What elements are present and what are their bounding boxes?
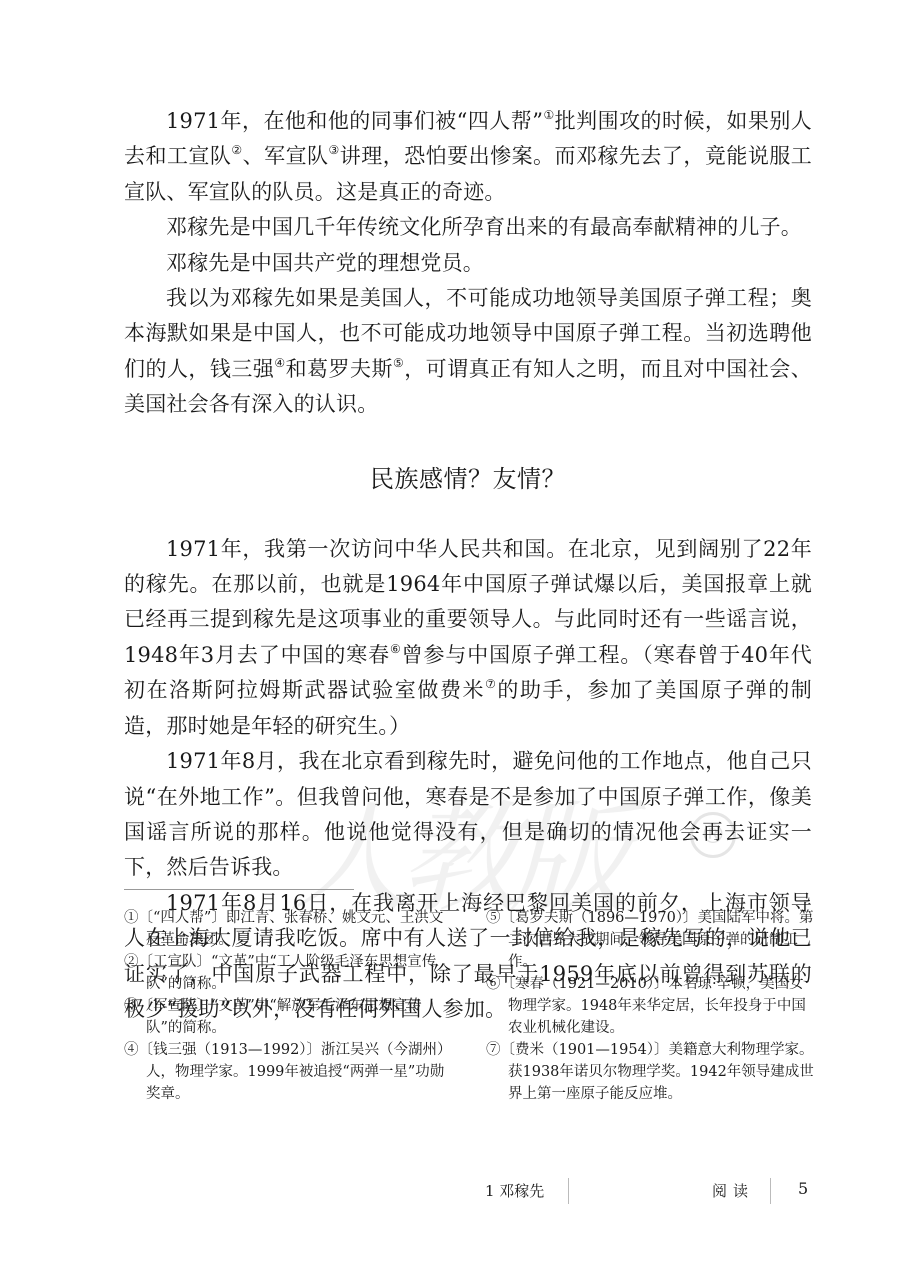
paragraph: 1971年，我第一次访问中华人民共和国。在北京，见到阔别了22年的稼先。在那以前… — [124, 532, 812, 744]
footnotes-right-column: ⑤〔葛罗夫斯（1896—1970）〕美国陆军中将。第二次世界大战期间，领导美国原… — [486, 907, 816, 1105]
paragraph: 我以为邓稼先如果是美国人，不可能成功地领导美国原子弹工程；奥本海默如果是中国人，… — [124, 281, 812, 423]
footnote: ⑦〔费米（1901—1954）〕美籍意大利物理学家。获1938年诺贝尔物理学奖。… — [486, 1039, 816, 1105]
chapter-label: 1 邓稼先 — [485, 1180, 544, 1201]
footnotes-left-column: ①〔“四人帮”〕即江青、张春桥、姚文元、王洪文反革命集团。 ②〔工宣队〕“文革”… — [124, 907, 454, 1105]
footer-separator — [568, 1178, 569, 1204]
paragraph: 邓稼先是中国几千年传统文化所孕育出来的有最高奉献精神的儿子。 — [124, 210, 812, 245]
footnote: ⑤〔葛罗夫斯（1896—1970）〕美国陆军中将。第二次世界大战期间，领导美国原… — [486, 907, 816, 973]
footnote-ref[interactable]: ① — [543, 108, 555, 122]
paragraph: 邓稼先是中国共产党的理想党员。 — [124, 246, 812, 281]
footnote-ref[interactable]: ⑤ — [393, 356, 404, 370]
footnote-ref[interactable]: ④ — [274, 356, 285, 370]
footnote: ③〔军宣队〕“文革”中“解放军毛泽东思想宣传队”的简称。 — [124, 995, 454, 1039]
footnote: ⑥〔寒春（1921—2010）〕本名琼·辛顿，美国女物理学家。1948年来华定居… — [486, 973, 816, 1039]
page-footer: 1 邓稼先 阅读 5 — [0, 1176, 904, 1206]
paragraph: 1971年，在他和他的同事们被“四人帮”①批判围攻的时候，如果别人去和工宣队②、… — [124, 104, 812, 210]
footnote: ①〔“四人帮”〕即江青、张春桥、姚文元、王洪文反革命集团。 — [124, 907, 454, 951]
footer-separator — [770, 1178, 771, 1204]
section-heading: 民族感情？友情？ — [124, 459, 812, 494]
page-number: 5 — [798, 1179, 808, 1198]
footnote: ④〔钱三强（1913—1992）〕浙江吴兴（今湖州）人，物理学家。1999年被追… — [124, 1039, 454, 1105]
footnote: ②〔工宣队〕“文革”中“工人阶级毛泽东思想宣传队”的简称。 — [124, 951, 454, 995]
section-label: 阅读 — [712, 1180, 754, 1201]
footnote-ref[interactable]: ② — [231, 143, 242, 157]
footnote-ref[interactable]: ③ — [329, 143, 340, 157]
footnote-ref[interactable]: ⑦ — [485, 677, 497, 691]
paragraph: 1971年8月，我在北京看到稼先时，避免问他的工作地点，他自己只说“在外地工作”… — [124, 744, 812, 886]
footnote-divider — [124, 889, 354, 890]
footnote-ref[interactable]: ⑥ — [390, 642, 402, 656]
